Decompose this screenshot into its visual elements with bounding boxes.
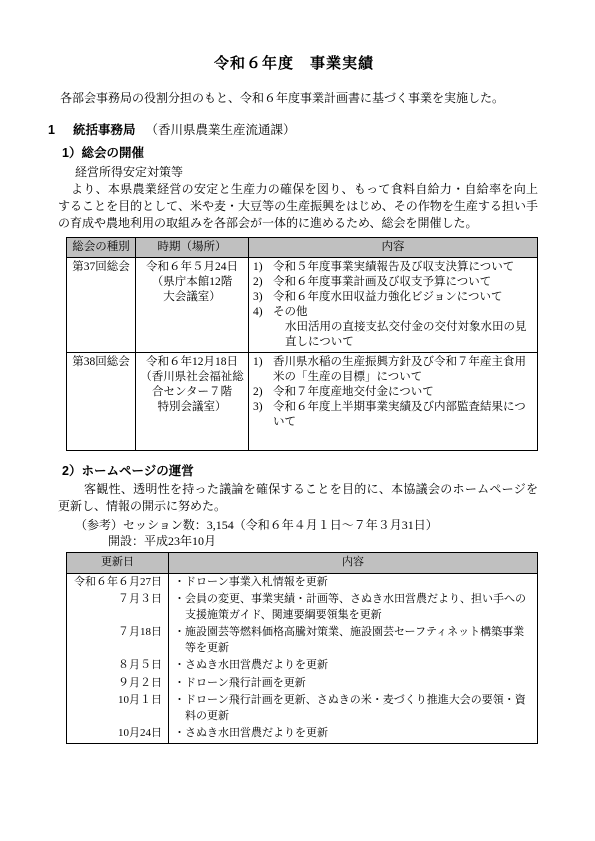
page-title: 令和６年度 事業実績 bbox=[48, 52, 540, 73]
document-page: 令和６年度 事業実績 各部会事務局の役割分担のもと、令和６年度事業計画書に基づく… bbox=[0, 0, 595, 841]
intro-paragraph: 各部会事務局の役割分担のもと、令和６年度事業計画書に基づく事業を実施した。 bbox=[60, 90, 540, 107]
established-note: 開設：平成23年10月 bbox=[108, 533, 540, 549]
general-meeting-table: 総会の種別 時期（場所） 内容 第37回総会 令和６年５月24日 （県庁本館12… bbox=[66, 237, 538, 451]
update-content-cell: ・施設園芸等燃料価格高騰対策業、施設園芸セーフティネット構築事業等を更新 bbox=[169, 624, 538, 657]
table-row-update: ９月２日 ・ドローン飛行計画を更新 bbox=[67, 675, 538, 693]
update-date-cell: 令和６年６月27日 bbox=[67, 573, 169, 591]
table-row-update: 10月１日 ・ドローン飛行計画を更新、さぬきの米・麦づくり推進大会の要領・資料の… bbox=[67, 692, 538, 725]
update-content-cell: ・さぬき水田営農だよりを更新 bbox=[169, 725, 538, 743]
meeting-when-cell: 令和６年12月18日 （香川県社会福祉総 合センター７階 特別会議室） bbox=[136, 353, 249, 451]
header-meeting-content: 内容 bbox=[249, 238, 538, 258]
table-row-update: ７月18日 ・施設園芸等燃料価格高騰対策業、施設園芸セーフティネット構築事業等を… bbox=[67, 624, 538, 657]
header-update-date: 更新日 bbox=[67, 553, 169, 574]
header-update-content: 内容 bbox=[169, 553, 538, 574]
table-row-meeting-37: 第37回総会 令和６年５月24日 （県庁本館12階 大会議室） 1)令和５年度事… bbox=[67, 258, 538, 353]
meeting-type-cell: 第37回総会 bbox=[67, 258, 136, 353]
header-meeting-type: 総会の種別 bbox=[67, 238, 136, 258]
meeting-type-cell: 第38回総会 bbox=[67, 353, 136, 451]
policy-line: 経営所得安定対策等 bbox=[75, 164, 540, 181]
section-office-note: （香川県農業生産流通課） bbox=[146, 123, 296, 137]
update-date-cell: 10月24日 bbox=[67, 725, 169, 743]
table-header-row: 総会の種別 時期（場所） 内容 bbox=[67, 238, 538, 258]
subsection-2-paragraph: 客観性、透明性を持った議論を確保することを目的に、本協議会のホームページを更新し… bbox=[58, 481, 538, 515]
update-content-cell: ・さぬき水田営農だよりを更新 bbox=[169, 657, 538, 675]
update-content-cell: ・ドローン事業入札情報を更新 bbox=[169, 573, 538, 591]
section-title: 統括事務局 bbox=[73, 123, 136, 137]
session-note: （参考）セッション数：3,154（令和６年４月１日～７年３月31日） bbox=[75, 517, 540, 533]
table-header-row: 更新日 内容 bbox=[67, 553, 538, 574]
section-1-heading: 1統括事務局（香川県農業生産流通課） bbox=[48, 122, 540, 138]
update-content-cell: ・ドローン飛行計画を更新、さぬきの米・麦づくり推進大会の要領・資料の更新 bbox=[169, 692, 538, 725]
meeting-item-subtext: 水田活用の直接支払交付金の交付対象水田の見直しについて bbox=[285, 320, 533, 350]
header-meeting-when: 時期（場所） bbox=[136, 238, 249, 258]
table-row-update: ８月５日 ・さぬき水田営農だよりを更新 bbox=[67, 657, 538, 675]
subsection-2-heading: 2）ホームページの運営 bbox=[62, 463, 540, 479]
update-date-cell: ７月18日 bbox=[67, 624, 169, 657]
meeting-when-cell: 令和６年５月24日 （県庁本館12階 大会議室） bbox=[136, 258, 249, 353]
subsection-1-heading: 1）総会の開催 bbox=[62, 145, 540, 161]
table-row-meeting-38: 第38回総会 令和６年12月18日 （香川県社会福祉総 合センター７階 特別会議… bbox=[67, 353, 538, 451]
update-content-cell: ・ドローン飛行計画を更新 bbox=[169, 675, 538, 693]
section-number: 1 bbox=[48, 122, 73, 138]
meeting-items-cell: 1)香川県水稲の生産振興方針及び令和７年産主食用米の「生産の目標」について 2)… bbox=[249, 353, 538, 451]
update-content-cell: ・会員の変更、事業実績・計画等、さぬき水田営農だより、担い手への支援施策ガイド、… bbox=[169, 591, 538, 624]
meeting-items-cell: 1)令和５年度事業実績報告及び収支決算について 2)令和６年度事業計画及び収支予… bbox=[249, 258, 538, 353]
update-date-cell: ８月５日 bbox=[67, 657, 169, 675]
table-row-update: 令和６年６月27日 ・ドローン事業入札情報を更新 bbox=[67, 573, 538, 591]
update-date-cell: 10月１日 bbox=[67, 692, 169, 725]
update-date-cell: ７月３日 bbox=[67, 591, 169, 624]
update-date-cell: ９月２日 bbox=[67, 675, 169, 693]
website-update-table: 更新日 内容 令和６年６月27日 ・ドローン事業入札情報を更新 ７月３日 ・会員… bbox=[66, 552, 538, 744]
table-row-update: ７月３日 ・会員の変更、事業実績・計画等、さぬき水田営農だより、担い手への支援施… bbox=[67, 591, 538, 624]
subsection-1-paragraph: より、本県農業経営の安定と生産力の確保を図り、もって食料自給力・自給率を向上する… bbox=[58, 181, 538, 232]
table-row-update: 10月24日 ・さぬき水田営農だよりを更新 bbox=[67, 725, 538, 743]
